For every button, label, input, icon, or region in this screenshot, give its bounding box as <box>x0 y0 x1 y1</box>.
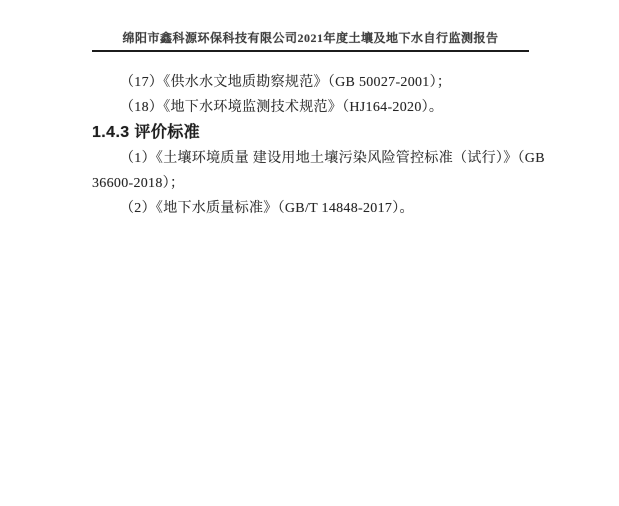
page-content: （17）《供水水文地质勘察规范》（GB 50027-2001）； （18）《地下… <box>92 70 529 221</box>
page-header-title: 绵阳市鑫科源环保科技有限公司2021年度土壤及地下水自行监测报告 <box>92 31 529 45</box>
document-page: 绵阳市鑫科源环保科技有限公司2021年度土壤及地下水自行监测报告 （17）《供水… <box>0 0 619 506</box>
page-header: 绵阳市鑫科源环保科技有限公司2021年度土壤及地下水自行监测报告 <box>92 31 529 52</box>
section-heading-1-4-3: 1.4.3 评价标准 <box>92 120 529 146</box>
standard-item-1-line-2: 36600-2018）； <box>92 171 529 196</box>
page-body-column: 绵阳市鑫科源环保科技有限公司2021年度土壤及地下水自行监测报告 （17）《供水… <box>92 31 529 221</box>
reference-item-17: （17）《供水水文地质勘察规范》（GB 50027-2001）； <box>92 70 529 95</box>
standard-item-2: （2）《地下水质量标准》（GB/T 14848-2017）。 <box>92 196 529 221</box>
standard-item-1-line-1: （1）《土壤环境质量 建设用地土壤污染风险管控标准（试行）》（GB <box>92 146 529 171</box>
reference-item-18: （18）《地下水环境监测技术规范》（HJ164-2020）。 <box>92 95 529 120</box>
